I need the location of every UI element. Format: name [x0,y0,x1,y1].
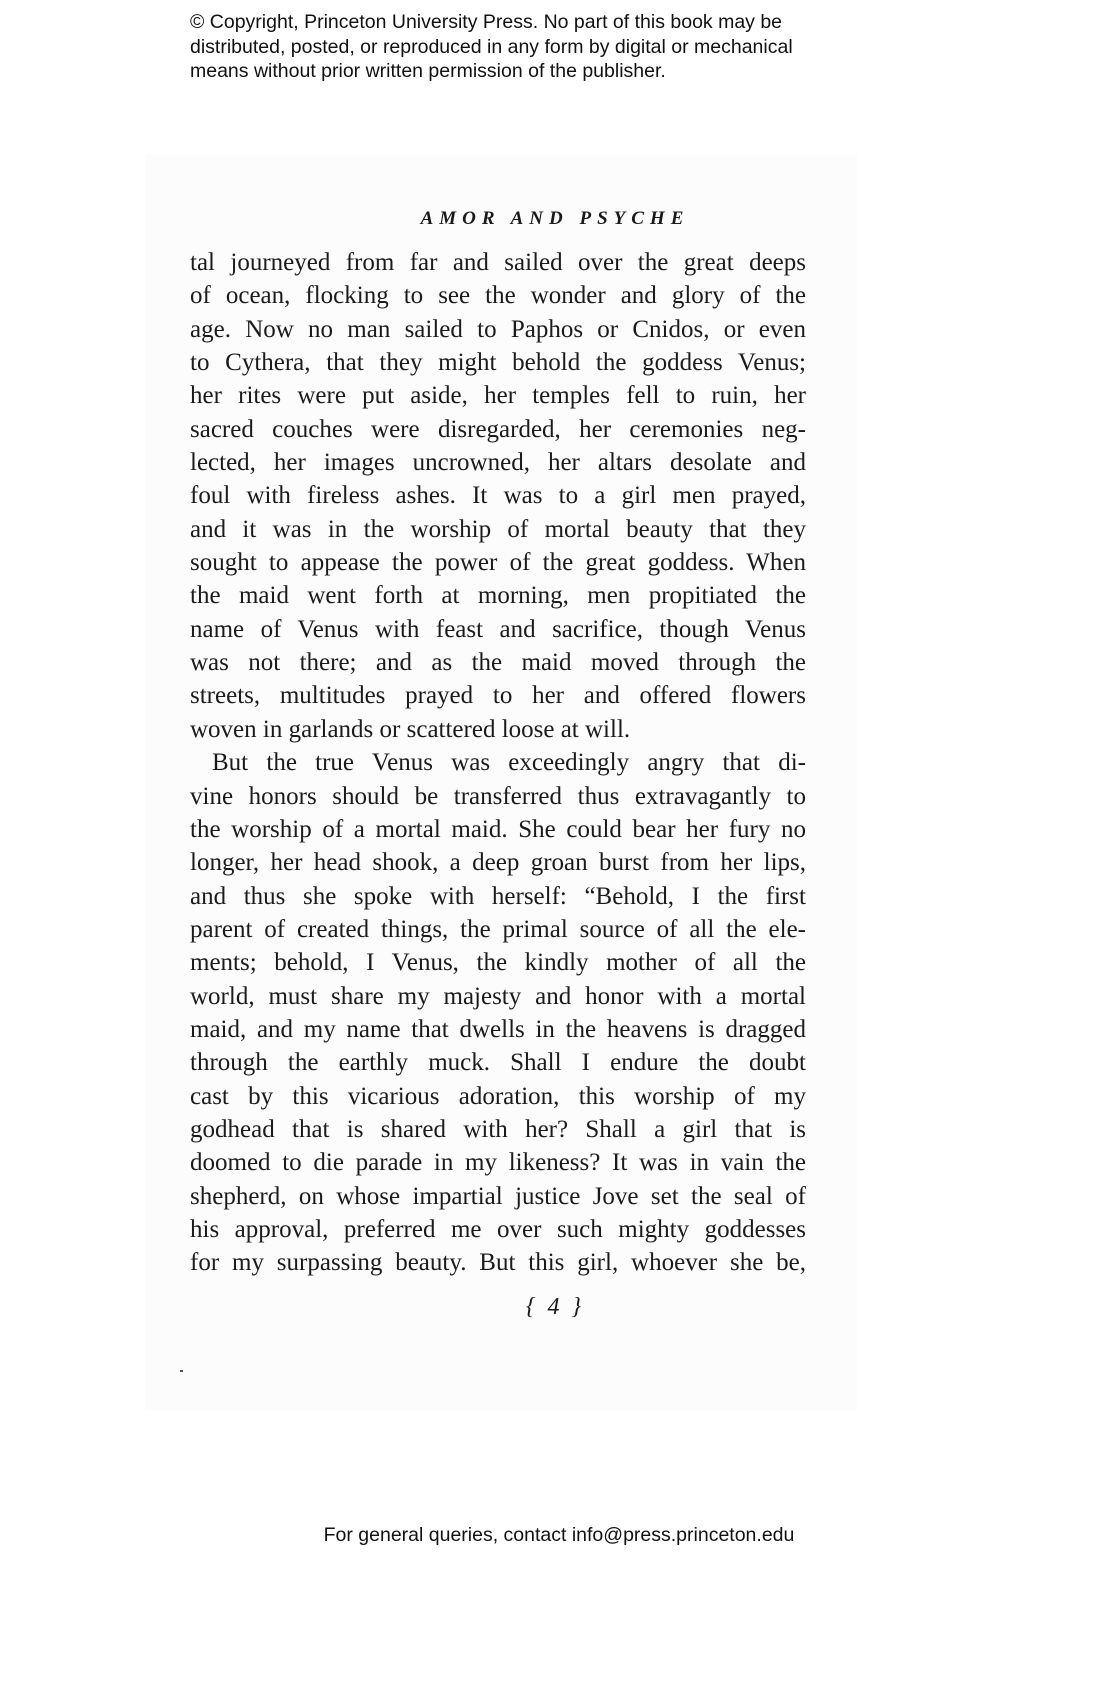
copyright-line: distributed, posted, or reproduced in an… [190,35,890,60]
scan-speck [180,1370,183,1372]
text-line: tal journeyed from far and sailed over t… [190,246,806,279]
text-line: ments; behold, I Venus, the kindly mothe… [190,946,806,979]
text-line: vine honors should be transferred thus e… [190,780,806,813]
text-line: world, must share my majesty and honor w… [190,980,806,1013]
copyright-notice: © Copyright, Princeton University Press.… [190,10,890,84]
text-line: cast by this vicarious adoration, this w… [190,1080,806,1113]
text-line: maid, and my name that dwells in the hea… [190,1013,806,1046]
text-line: foul with fireless ashes. It was to a gi… [190,479,806,512]
text-line: sacred couches were disregarded, her cer… [190,413,806,446]
text-line: name of Venus with feast and sacrifice, … [190,613,806,646]
body-text: tal journeyed from far and sailed over t… [190,246,806,1280]
text-line: streets, multitudes prayed to her and of… [190,679,806,712]
text-line: and thus she spoke with herself: “Behold… [190,880,806,913]
text-line: parent of created things, the primal sou… [190,913,806,946]
text-line: and it was in the worship of mortal beau… [190,513,806,546]
text-line: doomed to die parade in my likeness? It … [190,1146,806,1179]
copyright-line: © Copyright, Princeton University Press.… [190,10,890,35]
running-head: AMOR AND PSYCHE [0,208,1100,230]
text-line: to Cythera, that they might behold the g… [190,346,806,379]
text-line: sought to appease the power of the great… [190,546,806,579]
text-line: longer, her head shook, a deep groan bur… [190,846,806,879]
copyright-line: means without prior written permission o… [190,59,890,84]
text-line: his approval, preferred me over such mig… [190,1213,806,1246]
text-line: was not there; and as the maid moved thr… [190,646,806,679]
text-line: for my surpassing beauty. But this girl,… [190,1246,806,1279]
text-line: of ocean, flocking to see the wonder and… [190,279,806,312]
text-line: the maid went forth at morning, men prop… [190,579,806,612]
text-line: But the true Venus was exceedingly angry… [190,746,806,779]
text-line: through the earthly muck. Shall I endure… [190,1046,806,1079]
text-line: shepherd, on whose impartial justice Jov… [190,1180,806,1213]
page-number: { 4 } [0,1294,1100,1321]
text-line: lected, her images uncrowned, her altars… [190,446,806,479]
text-line: the worship of a mortal maid. She could … [190,813,806,846]
text-line: her rites were put aside, her temples fe… [190,379,806,412]
text-line: woven in garlands or scattered loose at … [190,713,806,746]
footer-contact: For general queries, contact info@press.… [0,1524,1100,1547]
text-line: age. Now no man sailed to Paphos or Cnid… [190,313,806,346]
text-line: godhead that is shared with her? Shall a… [190,1113,806,1146]
